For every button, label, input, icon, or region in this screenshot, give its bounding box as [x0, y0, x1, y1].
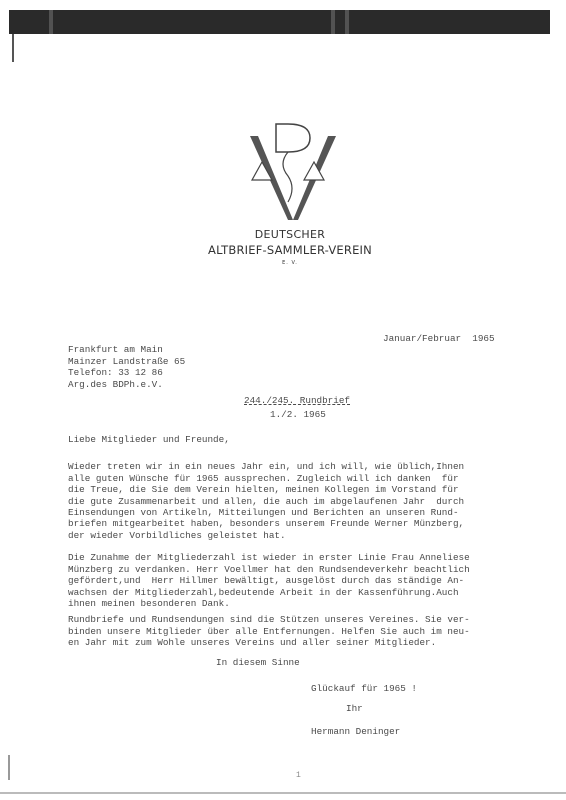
text-line: der wieder Vorbildliches geleistet hat. [68, 530, 464, 541]
paragraph-1: Wieder treten wir in ein neues Jahr ein,… [68, 450, 464, 553]
closing-ihr: Ihr [346, 703, 363, 714]
text-line: Die Zunahme der Mitgliederzahl ist wiede… [68, 552, 470, 563]
letter-subject: 244./245. Rundbrief [244, 395, 350, 406]
text-line: die gute Zusammenarbeit und allen, die a… [68, 496, 464, 507]
scan-artifact [8, 755, 10, 780]
address-line: Frankfurt am Main [68, 344, 185, 355]
org-legal-form: E. V. [180, 260, 400, 266]
text-line: Münzberg zu verdanken. Herr Voellmer hat… [68, 564, 470, 575]
salutation: Liebe Mitglieder und Freunde, [68, 434, 230, 445]
closing-line: In diesem Sinne [216, 657, 300, 668]
text-line: wachsen der Mitgliederzahl,bedeutende Ar… [68, 587, 470, 598]
text-line: gefördert,und Herr Hillmer bewältigt, au… [68, 575, 470, 586]
text-line: Rundbriefe und Rundsendungen sind die St… [68, 614, 470, 625]
address-line: Mainzer Landstraße 65 [68, 356, 185, 367]
text-line: binden unsere Mitglieder über alle Entfe… [68, 626, 470, 637]
closing-greeting: Glückauf für 1965 ! [311, 683, 417, 694]
paragraph-3: Rundbriefe und Rundsendungen sind die St… [68, 603, 470, 660]
text-line: die Treue, die Sie dem Verein hielten, m… [68, 484, 464, 495]
address-line: Telefon: 33 12 86 [68, 367, 185, 378]
page-number: 1 [296, 770, 301, 781]
letter-date: Januar/Februar 1965 [383, 333, 495, 344]
text-line: briefen mitgearbeitet haben, besonders u… [68, 518, 464, 529]
scan-artifact [12, 34, 14, 62]
address-line: Arg.des BDPh.e.V. [68, 379, 185, 390]
org-name-line2: ALTBRIEF-SAMMLER-VEREIN [180, 243, 400, 257]
text-line: Wieder treten wir in ein neues Jahr ein,… [68, 461, 464, 472]
signature-name: Hermann Deninger [311, 726, 400, 737]
scan-edge [0, 792, 566, 794]
text-line: alle guten Wünsche für 1965 aussprechen.… [68, 473, 464, 484]
text-line: en Jahr mit zum Wohle unseres Vereins un… [68, 637, 470, 648]
sender-address: Frankfurt am MainMainzer Landstraße 65Te… [68, 333, 185, 401]
subject-date: 1./2. 1965 [270, 409, 326, 420]
scan-edge-bar [9, 10, 550, 34]
daasv-monogram-logo [248, 122, 338, 222]
text-line: Einsendungen von Artikeln, Mitteilungen … [68, 507, 464, 518]
org-name-line1: DEUTSCHER [180, 228, 400, 241]
